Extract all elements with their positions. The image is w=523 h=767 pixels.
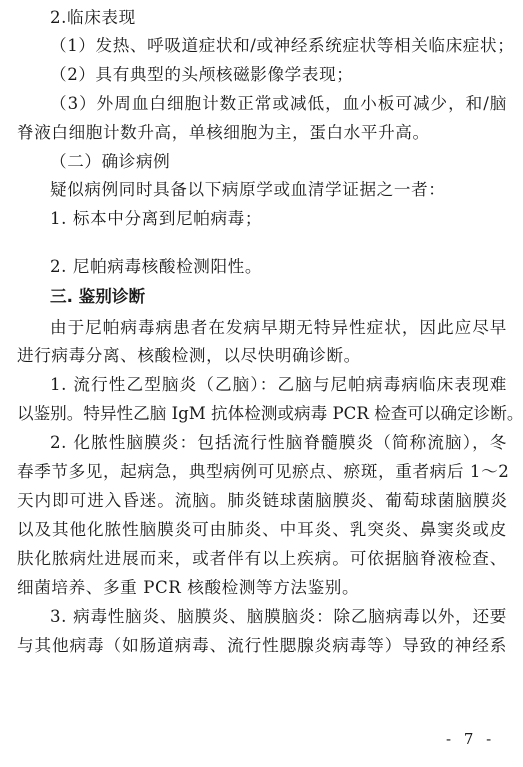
subheading-confirmed-case: （二）确诊病例 — [50, 152, 507, 172]
section-heading-differential-diagnosis: 三. 鉴别诊断 — [50, 287, 507, 307]
paragraph-line: 1. 流行性乙型脑炎（乙脑）：乙脑与尼帕病毒病临床表现难 — [50, 375, 507, 395]
subheading-clinical-manifestations: 2.临床表现 — [50, 8, 507, 28]
paragraph-line: 3. 病毒性脑炎、脑膜炎、脑膜脑炎：除乙脑病毒以外，还要 — [50, 607, 507, 627]
paragraph-line: （2）具有典型的头颅核磁影像学表现； — [50, 65, 507, 85]
paragraph-line: 细菌培养、多重 PCR 核酸检测等方法鉴别。 — [17, 578, 507, 598]
list-item: 2. 尼帕病毒核酸检测阳性。 — [50, 257, 507, 277]
paragraph-line: 天内即可进入昏迷。流脑。肺炎链球菌脑膜炎、葡萄球菌脑膜炎 — [17, 491, 507, 511]
paragraph-line: （3）外周血白细胞计数正常或减低，血小板可减少，和/脑 — [50, 94, 507, 114]
paragraph-line: 与其他病毒（如肠道病毒、流行性腮腺炎病毒等）导致的神经系 — [17, 636, 507, 656]
paragraph-line: 春季节多见，起病急，典型病例可见瘀点、瘀斑，重者病后 1～2 — [17, 462, 507, 482]
paragraph-line: 肤化脓病灶进展而来，或者伴有以上疾病。可依据脑脊液检查、 — [17, 549, 507, 569]
list-item: 1. 标本中分离到尼帕病毒； — [50, 209, 507, 229]
page-number: - 7 - — [446, 729, 495, 749]
document-page: 2.临床表现 （1）发热、呼吸道症状和/或神经系统症状等相关临床症状； （2）具… — [0, 0, 523, 767]
paragraph-line: （1）发热、呼吸道症状和/或神经系统症状等相关临床症状； — [50, 36, 507, 56]
paragraph-line: 进行病毒分离、核酸检测，以尽快明确诊断。 — [17, 346, 507, 366]
paragraph-line: 以及其他化脓性脑膜炎可由肺炎、中耳炎、乳突炎、鼻窦炎或皮 — [17, 520, 507, 540]
paragraph-line: 脊液白细胞计数升高，单核细胞为主，蛋白水平升高。 — [17, 123, 507, 143]
paragraph-line: 以鉴别。特异性乙脑 IgM 抗体检测或病毒 PCR 检查可以确定诊断。 — [17, 404, 507, 424]
paragraph-line: 疑似病例同时具备以下病原学或血清学证据之一者： — [50, 180, 507, 200]
paragraph-line: 由于尼帕病毒病患者在发病早期无特异性症状，因此应尽早 — [50, 318, 507, 338]
paragraph-line: 2. 化脓性脑膜炎：包括流行性脑脊髓膜炎（简称流脑），冬 — [50, 433, 507, 453]
